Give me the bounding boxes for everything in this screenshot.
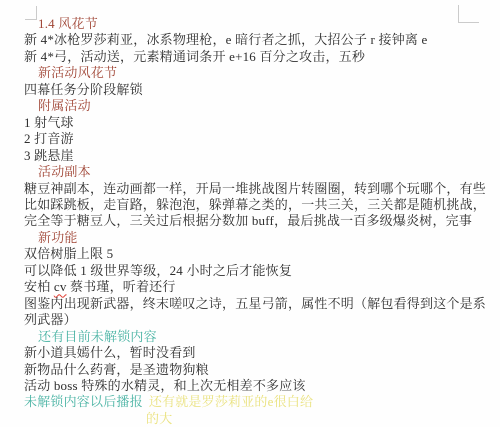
text-line: 可以降低 1 级世界等级，24 小时之后才能恢复 [24, 263, 494, 279]
text-line: 双倍树脂上限 5 [24, 246, 494, 262]
text-run: 活动 boss 特殊的水精灵，和上次无相差不多应该 [24, 378, 306, 393]
heading-new-features: 新功能 [24, 230, 494, 246]
text-line: 图鉴内出现新武器，终末嗟叹之诗，五星弓箭，属性不明（解包看得到这个是系 [24, 296, 494, 312]
text-line: 未解锁内容以后播报还有就是罗莎莉亚的e很白给 [24, 394, 494, 410]
heading-sub-activities: 附属活动 [24, 98, 494, 114]
text-run: 列武器） [24, 312, 77, 327]
heading-locked-content: 还有目前未解锁内容 [24, 329, 494, 345]
heading-text: 1.4 风花节 [38, 16, 98, 31]
text-line: 四幕任务分阶段解锁 [24, 82, 494, 98]
watermark-text: 还有就是罗莎莉亚的e很白给 [149, 394, 313, 409]
text-line: 列武器） [24, 312, 494, 328]
text-line: 活动 boss 特殊的水精灵，和上次无相差不多应该 [24, 378, 494, 394]
heading-text: 附属活动 [38, 98, 91, 113]
heading-text: 活动副本 [38, 164, 91, 179]
watermark-text: 的大 [24, 411, 494, 427]
text-line: 新小道具嫣什么，暂时没看到 [24, 345, 494, 361]
text-run: 双倍树脂上限 5 [24, 246, 113, 261]
heading-text: 还有目前未解锁内容 [38, 329, 157, 344]
text-run: 图鉴内出现新武器，终末嗟叹之诗，五星弓箭，属性不明（解包看得到这个是系 [24, 296, 486, 311]
text-run: 新 4*冰枪罗莎莉亚，冰系物理枪，e 暗行者之抓，大招公子 r 接钟离 e [24, 32, 428, 47]
text-run: 可以降低 1 级世界等级，24 小时之后才能恢复 [24, 263, 292, 278]
text-line: 安柏 cv 蔡书瑾，听着还行 [24, 279, 494, 295]
text-run: 四幕任务分阶段解锁 [24, 82, 143, 97]
heading-version: 1.4 风花节 [24, 16, 494, 32]
text-run: 安柏 [24, 279, 54, 294]
heading-event-dungeon: 活动副本 [24, 164, 494, 180]
text-run: 蔡书瑾，听着还行 [67, 279, 176, 294]
spellcheck-flagged-word: cv [54, 279, 67, 294]
text-run: 2 打音游 [24, 131, 74, 146]
heading-future-report: 未解锁内容以后播报 [24, 394, 143, 409]
heading-new-event: 新活动风花节 [24, 65, 494, 81]
text-run: 1 射气球 [24, 115, 74, 130]
heading-text: 新活动风花节 [38, 65, 117, 80]
text-run: 的大 [146, 411, 172, 426]
text-run: 新 4*弓，活动送，元素精通词条开 e+16 百分之攻击，五秒 [24, 49, 365, 64]
text-line: 糖豆神副本，连动画都一样，开局一堆挑战图片转圈圈，转到哪个玩哪个，有些 [24, 181, 494, 197]
list-item: 2 打音游 [24, 131, 494, 147]
text-run: 新小道具嫣什么，暂时没看到 [24, 345, 196, 360]
text-run: 新物品什么药膏，是圣遗物狗粮 [24, 362, 209, 377]
text-run: 糖豆神副本，连动画都一样，开局一堆挑战图片转圈圈，转到哪个玩哪个，有些 [24, 181, 486, 196]
text-line: 新 4*弓，活动送，元素精通词条开 e+16 百分之攻击，五秒 [24, 49, 494, 65]
text-run: 比如踩跳板，走盲路，躲泡泡，躲弹幕之类的，一共三关，三关都是随机挑战， [24, 197, 486, 212]
text-line: 新物品什么药膏，是圣遗物狗粮 [24, 362, 494, 378]
list-item: 1 射气球 [24, 115, 494, 131]
text-line: 新 4*冰枪罗莎莉亚，冰系物理枪，e 暗行者之抓，大招公子 r 接钟离 e [24, 32, 494, 48]
list-item: 3 跳悬崖 [24, 148, 494, 164]
text-line: 完全等于糖豆人，三关过后根据分数加 buff，最后挑战一百多级爆炎树，完事 [24, 213, 494, 229]
heading-text: 新功能 [38, 230, 78, 245]
document-page: 1.4 风花节 新 4*冰枪罗莎莉亚，冰系物理枪，e 暗行者之抓，大招公子 r … [0, 0, 500, 427]
text-run: 3 跳悬崖 [24, 148, 74, 163]
text-run: 完全等于糖豆人，三关过后根据分数加 buff，最后挑战一百多级爆炎树，完事 [24, 213, 472, 228]
text-line: 比如踩跳板，走盲路，躲泡泡，躲弹幕之类的，一共三关，三关都是随机挑战， [24, 197, 494, 213]
